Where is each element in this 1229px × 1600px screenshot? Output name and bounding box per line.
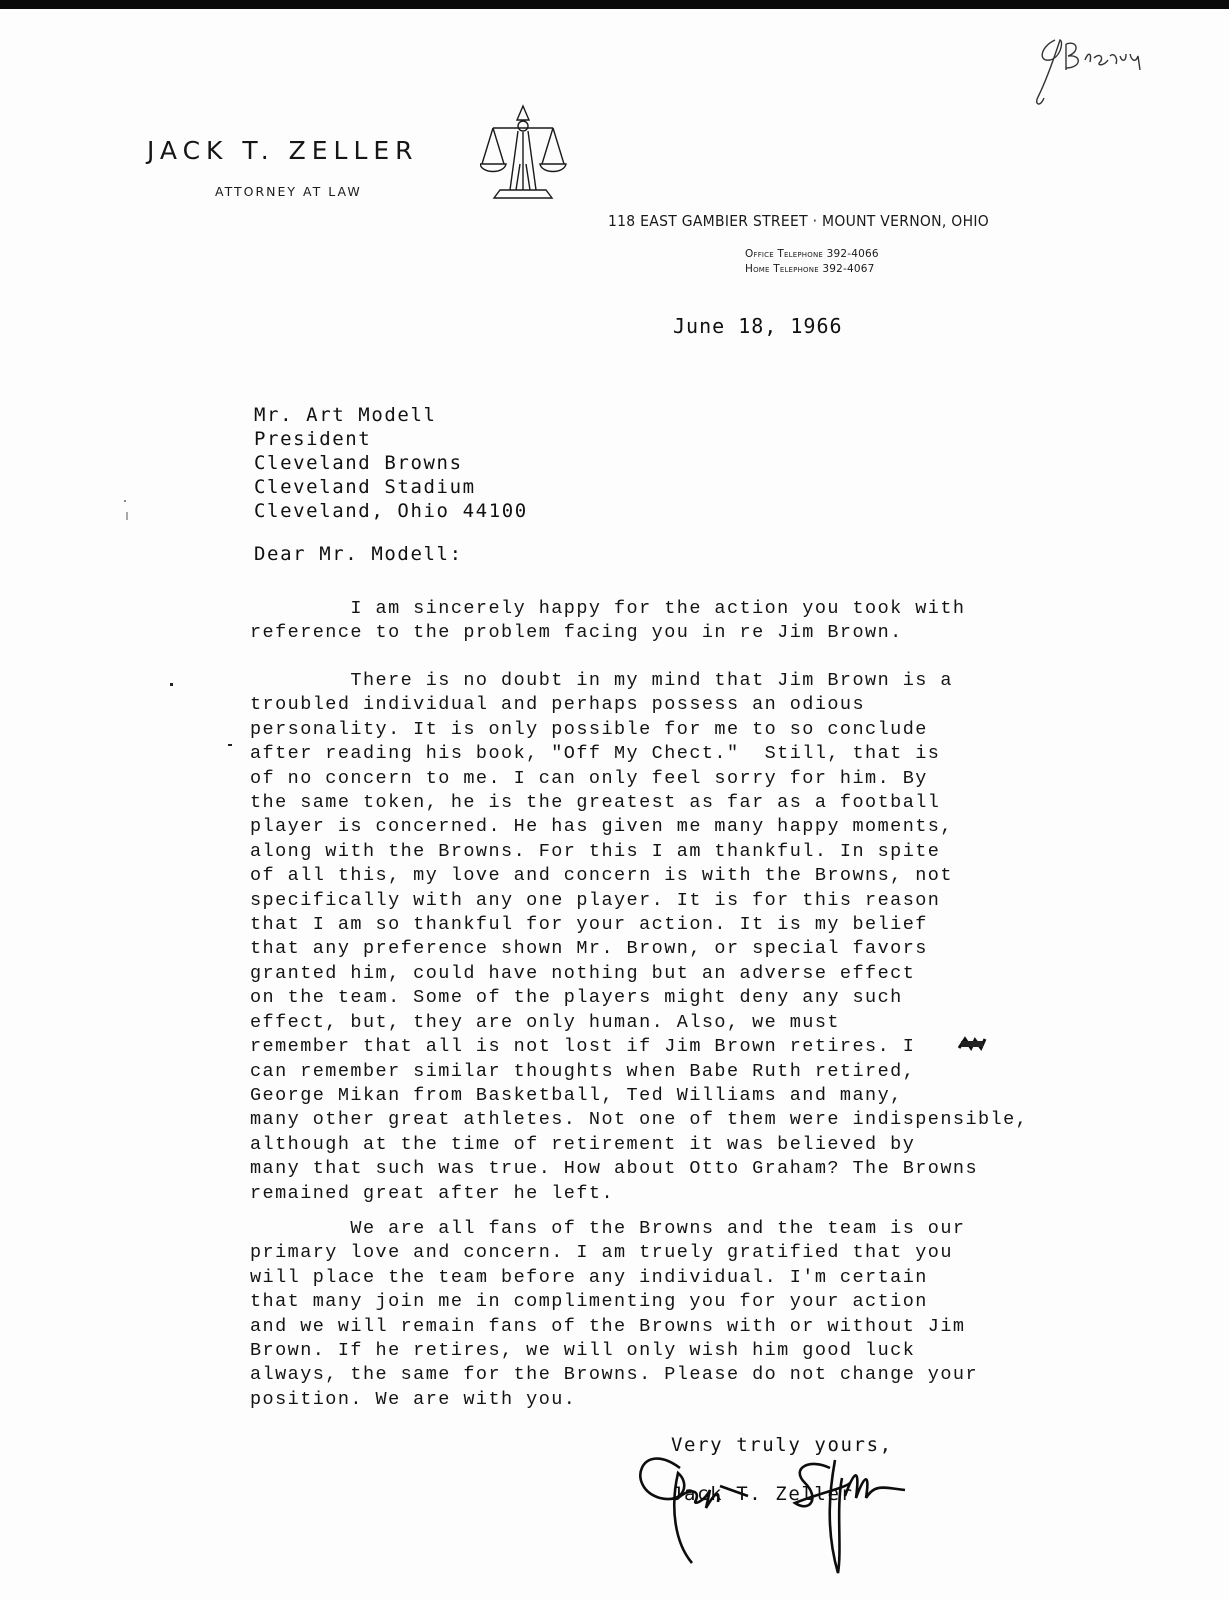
body-paragraph: I am sincerely happy for the action you … (250, 597, 1100, 646)
letterhead-home-phone: Home Telephone 392-4067 (745, 263, 875, 275)
body-paragraph: We are all fans of the Browns and the te… (250, 1217, 1100, 1412)
handwritten-signature (630, 1428, 910, 1588)
recipient-line: Cleveland, Ohio 44100 (254, 499, 528, 523)
letter-date: June 18, 1966 (673, 314, 843, 338)
recipient-line: Cleveland Stadium (254, 475, 528, 499)
body-paragraph: There is no doubt in my mind that Jim Br… (250, 669, 1100, 1206)
struck-out-word-mark (957, 1036, 987, 1052)
handwritten-annotation-signature (1030, 22, 1160, 112)
recipient-address-block: Mr. Art Modell President Cleveland Brown… (254, 403, 528, 523)
letterhead-title: ATTORNEY AT LAW (215, 184, 362, 199)
recipient-line: Mr. Art Modell (254, 403, 528, 427)
letterhead-name: JACK T. ZELLER (147, 136, 419, 165)
scan-speck (228, 744, 232, 746)
scan-speck (124, 500, 126, 502)
letterhead-address: 118 EAST GAMBIER STREET · MOUNT VERNON, … (608, 212, 989, 230)
salutation: Dear Mr. Modell: (254, 543, 463, 565)
scan-top-border (0, 0, 1229, 9)
scan-speck (170, 683, 173, 686)
scales-of-justice-icon (480, 104, 580, 202)
recipient-line: Cleveland Browns (254, 451, 528, 475)
letterhead-office-phone: Office Telephone 392-4066 (745, 248, 879, 260)
recipient-line: President (254, 427, 528, 451)
scan-speck (126, 512, 128, 520)
